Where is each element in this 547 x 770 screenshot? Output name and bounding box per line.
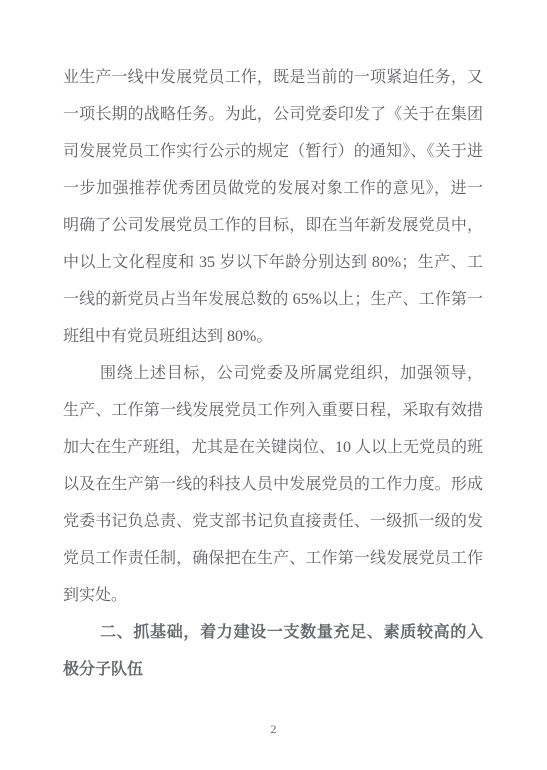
text-line: 司发展党员工作实行公示的规定（暂行）的通知》、《关于进 [63,133,483,170]
text-line: 加大在生产班组，尤其是在关键岗位、10 人以上无党员的班组 [63,429,483,466]
text-line: 中以上文化程度和 35 岁以下年龄分别达到 80%；生产、工作第 [63,244,483,281]
page-number: 2 [0,722,547,737]
text-line: 一步加强推荐优秀团员做党的发展对象工作的意见》，进一步 [63,170,483,207]
text-line: 一项长期的战略任务。为此，公司党委印发了《关于在集团公 [63,96,483,133]
text-line: 党员工作责任制，确保把在生产、工作第一线发展党员工作落 [63,540,483,577]
text-line: 班组中有党员班组达到 80%。 [63,318,483,355]
text-line: 明确了公司发展党员工作的目标，即在当年新发展党员中，高 [63,207,483,244]
paragraph-goals: 业生产一线中发展党员工作，既是当前的一项紧迫任务，又是一项长期的战略任务。为此，… [63,59,483,355]
text-line: 业生产一线中发展党员工作，既是当前的一项紧迫任务，又是 [63,59,483,96]
text-line: 围绕上述目标，公司党委及所属党组织，加强领导，把在 [63,355,483,392]
text-line: 到实处。 [63,577,483,614]
paragraph-measures: 围绕上述目标，公司党委及所属党组织，加强领导，把在生产、工作第一线发展党员工作列… [63,355,483,614]
text-line: 以及在生产第一线的科技人员中发展党员的工作力度。形成了 [63,466,483,503]
text-line: 二、抓基础，着力建设一支数量充足、素质较高的入党积 [63,614,483,651]
heading-section-two: 二、抓基础，着力建设一支数量充足、素质较高的入党积极分子队伍 [63,614,483,688]
text-line: 一线的新党员占当年发展总数的 65%以上；生产、工作第一线 [63,281,483,318]
document-body: 业生产一线中发展党员工作，既是当前的一项紧迫任务，又是一项长期的战略任务。为此，… [63,59,483,688]
document-page: 业生产一线中发展党员工作，既是当前的一项紧迫任务，又是一项长期的战略任务。为此，… [0,0,547,770]
text-line: 极分子队伍 [63,651,483,688]
text-line: 生产、工作第一线发展党员工作列入重要日程，采取有效措施， [63,392,483,429]
text-line: 党委书记负总责、党支部书记负直接责任、一级抓一级的发展 [63,503,483,540]
